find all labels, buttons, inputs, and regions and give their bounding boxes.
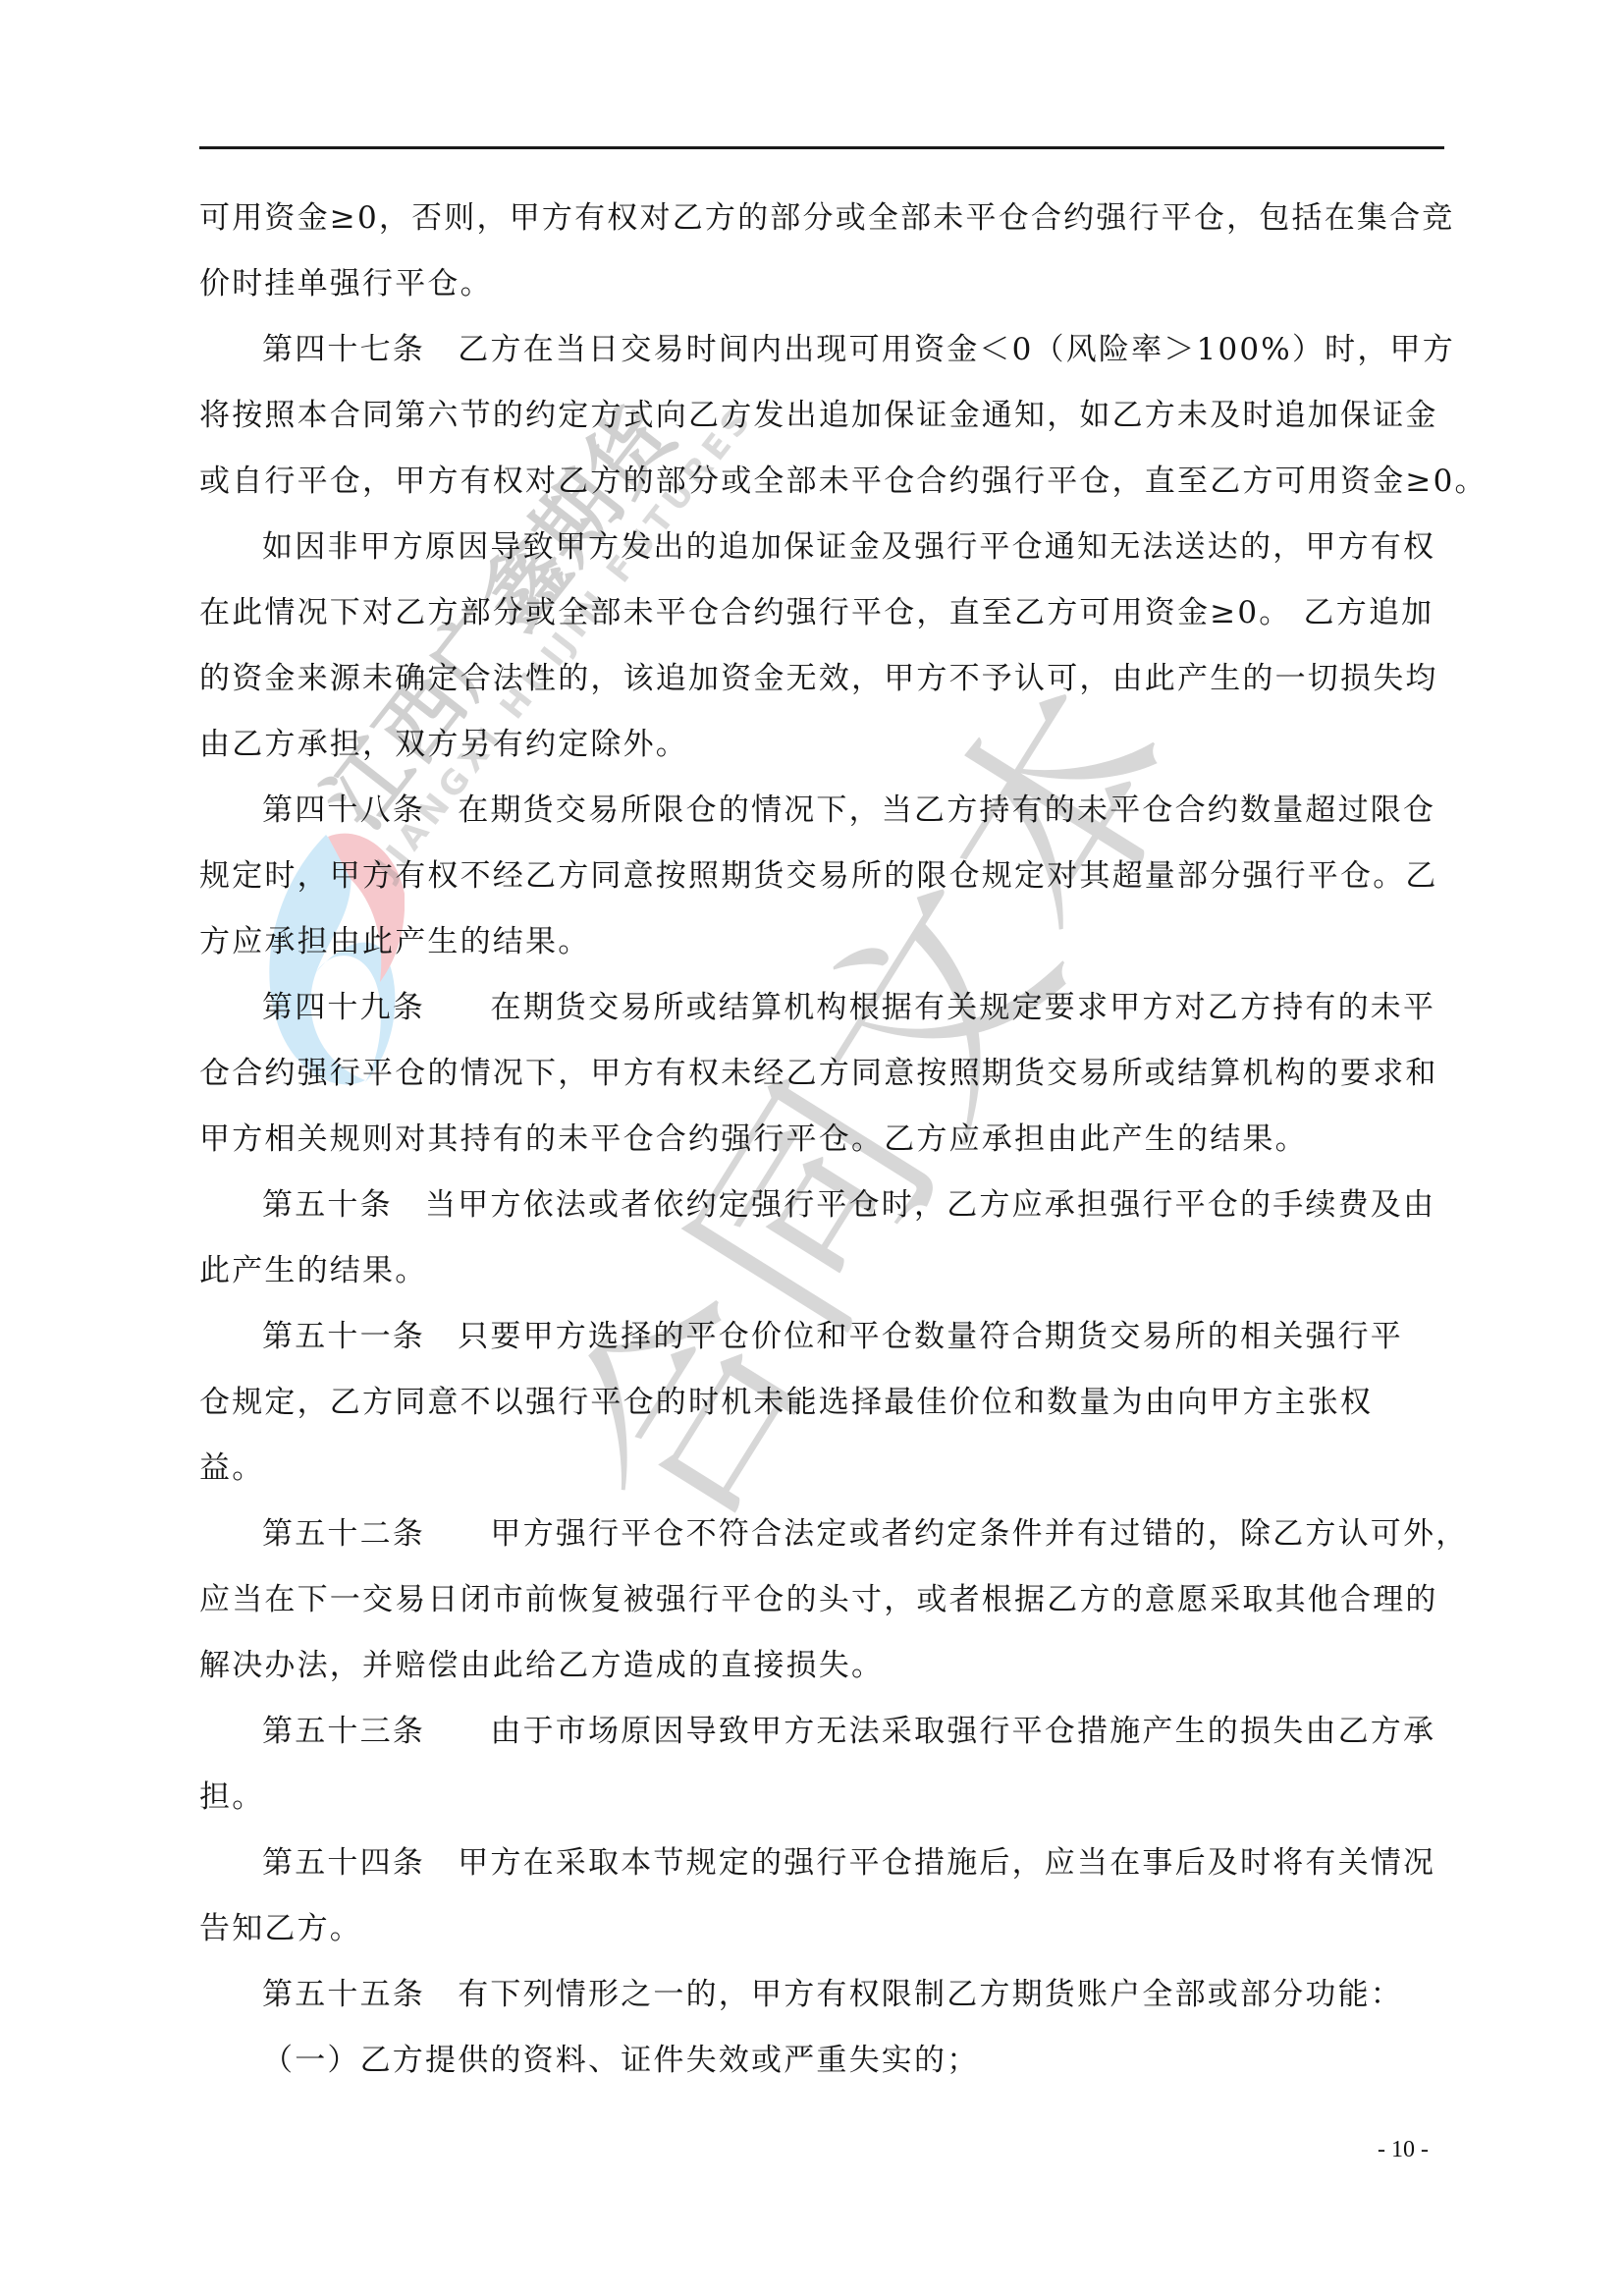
document-page: 江西广鑫期货 JIANGXI HUIJIN FUTURES 合同文本 可用资金≥… [0, 0, 1623, 2296]
article-53-line-1: 第五十三条 由于市场原因导致甲方无法采取强行平仓措施产生的损失由乙方承 [262, 1712, 1435, 1751]
article-52-line-1: 第五十二条 甲方强行平仓不符合法定或者约定条件并有过错的，除乙方认可外， [262, 1514, 1468, 1554]
paragraph-notice-line-3: 的资金来源未确定合法性的，该追加资金无效，甲方不予认可，由此产生的一切损失均 [199, 659, 1438, 698]
article-49-line-2: 仓合约强行平仓的情况下，甲方有权未经乙方同意按照期货交易所或结算机构的要求和 [199, 1054, 1438, 1093]
article-54-line-2: 告知乙方。 [199, 1909, 362, 1948]
article-51-line-1: 第五十一条 只要甲方选择的平仓价位和平仓数量符合期货交易所的相关强行平 [262, 1317, 1403, 1356]
article-51-line-3: 益。 [199, 1449, 264, 1488]
article-49-line-1: 第四十九条 在期货交易所或结算机构根据有关规定要求甲方对乙方持有的未平 [262, 988, 1435, 1027]
page-number: - 10 - [1378, 2135, 1429, 2164]
article-47-line-3: 或自行平仓，甲方有权对乙方的部分或全部未平仓合约强行平仓，直至乙方可用资金≥0。 [199, 462, 1488, 501]
article-52-line-3: 解决办法，并赔偿由此给乙方造成的直接损失。 [199, 1646, 884, 1685]
article-49-line-3: 甲方相关规则对其持有的未平仓合约强行平仓。乙方应承担由此产生的结果。 [199, 1120, 1308, 1159]
article-48-line-1: 第四十八条 在期货交易所限仓的情况下，当乙方持有的未平仓合约数量超过限仓 [262, 791, 1435, 830]
article-48-line-3: 方应承担由此产生的结果。 [199, 922, 590, 961]
article-47-line-2: 将按照本合同第六节的约定方式向乙方发出追加保证金通知，如乙方未及时追加保证金 [199, 396, 1438, 435]
article-51-line-2: 仓规定，乙方同意不以强行平仓的时机未能选择最佳价位和数量为由向甲方主张权 [199, 1383, 1373, 1422]
article-55-item-1: （一）乙方提供的资料、证件失效或严重失实的； [262, 2041, 979, 2080]
paragraph-notice-line-4: 由乙方承担，双方另有约定除外。 [199, 725, 688, 764]
text-line-2: 价时挂单强行平仓。 [199, 264, 493, 303]
article-54-line-1: 第五十四条 甲方在采取本节规定的强行平仓措施后，应当在事后及时将有关情况 [262, 1843, 1435, 1883]
header-rule [199, 146, 1444, 149]
paragraph-notice-line-2: 在此情况下对乙方部分或全部未平仓合约强行平仓，直至乙方可用资金≥0。 乙方追加 [199, 593, 1434, 632]
article-55-line-1: 第五十五条 有下列情形之一的，甲方有权限制乙方期货账户全部或部分功能： [262, 1975, 1403, 2014]
paragraph-notice-line-1: 如因非甲方原因导致甲方发出的追加保证金及强行平仓通知无法送达的，甲方有权 [262, 527, 1435, 567]
article-48-line-2: 规定时，甲方有权不经乙方同意按照期货交易所的限仓规定对其超量部分强行平仓。乙 [199, 856, 1438, 896]
company-watermark: 江西广鑫期货 JIANGXI HUIJIN FUTURES [294, 371, 786, 925]
text-line-1: 可用资金≥0，否则，甲方有权对乙方的部分或全部未平仓合约强行平仓，包括在集合竞 [199, 198, 1455, 238]
article-50-line-1: 第五十条 当甲方依法或者依约定强行平仓时，乙方应承担强行平仓的手续费及由 [262, 1185, 1435, 1225]
article-53-line-2: 担。 [199, 1777, 264, 1817]
article-50-line-2: 此产生的结果。 [199, 1251, 427, 1290]
article-47-line-1: 第四十七条 乙方在当日交易时间内出现可用资金＜0（风险率＞100%）时，甲方 [262, 330, 1455, 369]
article-52-line-2: 应当在下一交易日闭市前恢复被强行平仓的头寸，或者根据乙方的意愿采取其他合理的 [199, 1580, 1438, 1619]
